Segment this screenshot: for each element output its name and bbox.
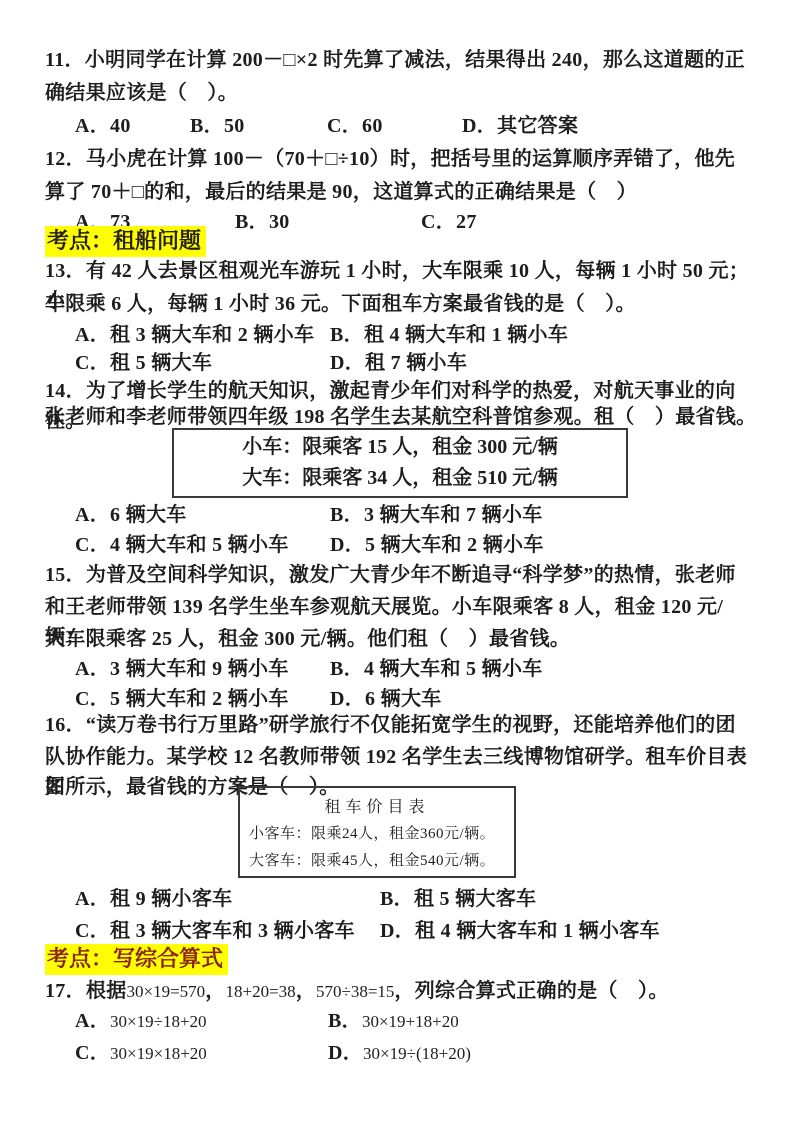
question-16-options-row-1: A．租 9 辆小客车 B．租 5 辆大客车 — [45, 884, 757, 914]
question-15-option-b: B．4 辆大车和 5 辆小车 — [330, 654, 543, 684]
question-16-option-d: D．租 4 辆大客车和 1 辆小客车 — [380, 916, 660, 946]
question-13-option-c: C．租 5 辆大车 — [75, 348, 330, 378]
question-12-stem-line-2: 算了 70＋□的和，最后的结果是 90，这道算式的正确结果是（ ） — [45, 177, 757, 207]
question-16-price-box-line-1: 小客车：限乘24人，租金360元/辆。 — [240, 821, 514, 848]
question-11-stem-line-2: 确结果应该是（ ）。 — [45, 78, 757, 108]
question-13-options-row-1: A．租 3 辆大车和 2 辆小车 B．租 4 辆大车和 1 辆小车 — [45, 320, 757, 350]
question-14-options-row-2: C．4 辆大车和 5 辆小车 D．5 辆大车和 2 辆小车 — [45, 530, 757, 560]
question-14-price-box-line-2: 大车：限乘客 34 人，租金 510 元/辆 — [174, 463, 626, 494]
question-17-option-c-label: C． — [75, 1042, 110, 1064]
question-17-option-a-expression: 30×19÷18+20 — [110, 1012, 207, 1031]
question-17-option-a: A．30×19÷18+20 — [75, 1006, 328, 1037]
question-11-stem-line-1: 11．小明同学在计算 200－□×2 时先算了减法，结果得出 240，那么这道题… — [45, 45, 757, 75]
question-12-option-b: B．30 — [235, 207, 421, 237]
question-15-options-row-1: A．3 辆大车和 9 辆小车 B．4 辆大车和 5 辆小车 — [45, 654, 757, 684]
question-17-stem: 17．根据30×19=570，18+20=38，570÷38=15，列综合算式正… — [45, 976, 757, 1007]
question-15-stem-line-1: 15．为普及空间科学知识，激发广大青少年不断追寻“科学梦”的热情，张老师 — [45, 560, 757, 590]
question-14-option-b: B．3 辆大车和 7 辆小车 — [330, 500, 543, 530]
question-17-options-row-1: A．30×19÷18+20 B．30×19+18+20 — [45, 1006, 757, 1037]
question-11-option-b: B．50 — [190, 111, 327, 141]
question-17-stem-suffix: ，列综合算式正确的是（ ）。 — [394, 980, 668, 1002]
question-17-equation-3: 570÷38=15 — [316, 982, 394, 1001]
question-15-stem-line-3: 大车限乘客 25 人，租金 300 元/辆。他们租（ ）最省钱。 — [45, 624, 757, 654]
question-17-options-row-2: C．30×19×18+20 D．30×19÷(18+20) — [45, 1038, 757, 1069]
exam-point-heading-rent-label: 考点：租船问题 — [45, 226, 206, 257]
question-12-stem-line-1: 12．马小虎在计算 100－（70＋□÷10）时，把括号里的运算顺序弄错了，他先 — [45, 144, 757, 174]
question-16-option-b: B．租 5 辆大客车 — [380, 884, 536, 914]
question-13-options-row-2: C．租 5 辆大车 D．租 7 辆小车 — [45, 348, 757, 378]
question-11-option-a: A．40 — [75, 111, 190, 141]
question-17-separator-1: ， — [205, 980, 225, 1002]
question-17-option-b: B．30×19+18+20 — [328, 1006, 459, 1037]
question-16-option-c: C．租 3 辆大客车和 3 辆小客车 — [75, 916, 380, 946]
question-11-option-c: C．60 — [327, 111, 462, 141]
exam-point-heading-rent: 考点：租船问题 — [45, 226, 206, 257]
question-13-option-b: B．租 4 辆大车和 1 辆小车 — [330, 320, 568, 350]
question-17-option-d-label: D． — [328, 1042, 363, 1064]
question-14-option-d: D．5 辆大车和 2 辆小车 — [330, 530, 544, 560]
question-16-price-box: 租车价目表 小客车：限乘24人，租金360元/辆。 大客车：限乘45人，租金54… — [238, 786, 516, 878]
question-14-option-a: A．6 辆大车 — [75, 500, 330, 530]
question-17-option-d-expression: 30×19÷(18+20) — [363, 1044, 471, 1063]
question-16-stem-line-1: 16．“读万卷书行万里路”研学旅行不仅能拓宽学生的视野，还能培养他们的团 — [45, 710, 757, 740]
question-11-option-d: D．其它答案 — [462, 111, 578, 141]
question-17-option-c-expression: 30×19×18+20 — [110, 1044, 207, 1063]
question-17-equation-2: 18+20=38 — [226, 982, 296, 1001]
question-14-option-c: C．4 辆大车和 5 辆小车 — [75, 530, 330, 560]
question-15-option-a: A．3 辆大车和 9 辆小车 — [75, 654, 330, 684]
question-16-price-box-line-2: 大客车：限乘45人，租金540元/辆。 — [240, 848, 514, 875]
question-14-options-row-1: A．6 辆大车 B．3 辆大车和 7 辆小车 — [45, 500, 757, 530]
question-13-stem-line-2: 车限乘 6 人，每辆 1 小时 36 元。下面租车方案最省钱的是（ ）。 — [45, 289, 757, 319]
worksheet-page: 11．小明同学在计算 200－□×2 时先算了减法，结果得出 240，那么这道题… — [0, 0, 793, 1122]
question-17-option-d: D．30×19÷(18+20) — [328, 1038, 471, 1069]
exam-point-heading-expression-label: 考点：写综合算式 — [45, 944, 228, 975]
question-17-stem-prefix: 17．根据 — [45, 980, 127, 1002]
question-17-separator-2: ， — [296, 980, 316, 1002]
question-17-option-a-label: A． — [75, 1010, 110, 1032]
exam-point-heading-expression: 考点：写综合算式 — [45, 944, 228, 975]
question-12-option-c: C．27 — [421, 207, 477, 237]
question-16-options-row-2: C．租 3 辆大客车和 3 辆小客车 D．租 4 辆大客车和 1 辆小客车 — [45, 916, 757, 946]
question-17-option-b-label: B． — [328, 1010, 362, 1032]
question-17-option-b-expression: 30×19+18+20 — [362, 1012, 459, 1031]
question-13-option-d: D．租 7 辆小车 — [330, 348, 467, 378]
question-16-price-box-title: 租车价目表 — [240, 794, 514, 821]
question-17-equation-1: 30×19=570 — [127, 982, 206, 1001]
question-14-price-box: 小车：限乘客 15 人，租金 300 元/辆 大车：限乘客 34 人，租金 51… — [172, 428, 628, 498]
question-16-option-a: A．租 9 辆小客车 — [75, 884, 380, 914]
question-13-option-a: A．租 3 辆大车和 2 辆小车 — [75, 320, 330, 350]
question-14-price-box-line-1: 小车：限乘客 15 人，租金 300 元/辆 — [174, 432, 626, 463]
question-17-option-c: C．30×19×18+20 — [75, 1038, 328, 1069]
question-11-options: A．40 B．50 C．60 D．其它答案 — [45, 111, 757, 141]
